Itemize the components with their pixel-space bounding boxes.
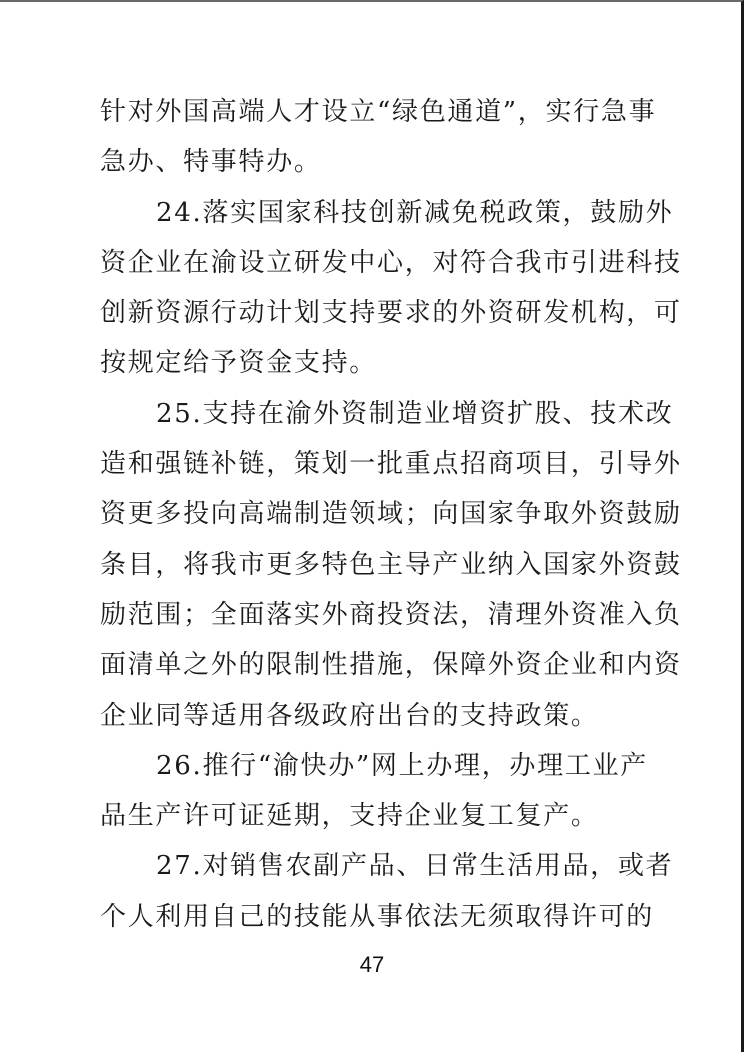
text-line: 急办、特事特办。 — [100, 137, 640, 187]
text-line: 针对外国高端人才设立“绿色通道”，实行急事 — [100, 87, 640, 137]
text-line: 造和强链补链，策划一批重点招商项目，引导外 — [100, 439, 640, 489]
page-number: 47 — [0, 950, 744, 980]
paragraph-26-start: 26.推行“渝快办”网上办理，办理工业产 — [100, 741, 640, 791]
text-line: 企业同等适用各级政府出台的支持政策。 — [100, 691, 640, 741]
paragraph-27-start: 27.对销售农副产品、日常生活用品，或者 — [100, 841, 640, 891]
paragraph-24-start: 24.落实国家科技创新减免税政策，鼓励外 — [100, 188, 640, 238]
text-line: 个人利用自己的技能从事依法无须取得许可的 — [100, 892, 640, 942]
document-page: 针对外国高端人才设立“绿色通道”，实行急事 急办、特事特办。 24.落实国家科技… — [0, 0, 744, 1052]
text-line: 条目，将我市更多特色主导产业纳入国家外资鼓 — [100, 540, 640, 590]
text-line: 品生产许可证延期，支持企业复工复产。 — [100, 791, 640, 841]
text-line: 面清单之外的限制性措施，保障外资企业和内资 — [100, 640, 640, 690]
text-line: 创新资源行动计划支持要求的外资研发机构，可 — [100, 288, 640, 338]
text-line: 励范围；全面落实外商投资法，清理外资准入负 — [100, 590, 640, 640]
body-text: 针对外国高端人才设立“绿色通道”，实行急事 急办、特事特办。 24.落实国家科技… — [100, 87, 640, 942]
text-line: 资企业在渝设立研发中心，对符合我市引进科技 — [100, 238, 640, 288]
text-line: 资更多投向高端制造领域；向国家争取外资鼓励 — [100, 489, 640, 539]
text-line: 按规定给予资金支持。 — [100, 338, 640, 388]
paragraph-25-start: 25.支持在渝外资制造业增资扩股、技术改 — [100, 389, 640, 439]
